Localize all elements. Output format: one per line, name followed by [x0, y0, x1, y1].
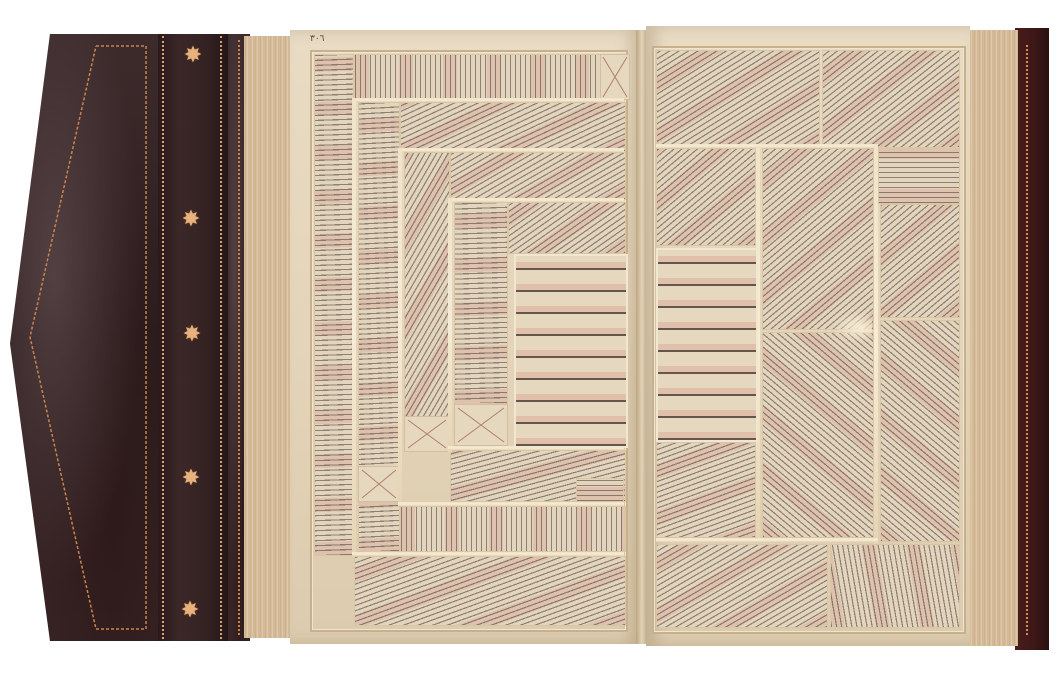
cross-ornament [454, 404, 508, 446]
text-panel-ring2-bottom [400, 506, 626, 552]
central-text-block [514, 254, 628, 448]
text-panel-bottom-left [656, 544, 828, 628]
gilt-rule [448, 198, 452, 452]
page-number: ٣٠٦ [310, 34, 325, 44]
text-panel-center-upper [762, 148, 874, 330]
gilt-rule [398, 502, 624, 506]
text-panel-top-left [656, 50, 820, 148]
cross-ornament [600, 54, 630, 100]
board-gold-rule [238, 40, 240, 635]
gilt-star-burst [832, 312, 872, 342]
spine-star-icon: ✸ [179, 209, 203, 231]
spine-gold-rule-left [162, 36, 164, 639]
text-panel-ring4-top [508, 202, 626, 254]
text-panel-left-lower [656, 442, 756, 538]
text-panel-ring3-left [404, 152, 450, 444]
central-text-block [656, 248, 758, 442]
text-panel-horizontal-block [878, 148, 960, 204]
text-panel-ring2-left [358, 102, 400, 484]
gilt-rule [352, 98, 356, 556]
text-panel-top [354, 54, 602, 100]
text-panel-small-box [576, 478, 624, 502]
text-panel-ring2-left-lower [358, 502, 400, 552]
text-panel-right-lower [880, 320, 960, 542]
gilt-rule [874, 144, 878, 544]
cross-ornament [404, 416, 450, 452]
binding-back-cover [1015, 28, 1049, 650]
text-panel-center-lower [762, 332, 874, 538]
spine-star-icon: ✸ [178, 600, 202, 622]
spine-gold-rule-right [220, 36, 222, 639]
text-panel-bottom [354, 556, 626, 626]
cross-ornament [358, 466, 400, 502]
text-panel-margin-left [314, 54, 354, 556]
text-block-edge-left [244, 36, 292, 638]
text-panel-right-upper [880, 204, 960, 318]
text-block-edge-right [968, 30, 1018, 646]
text-panel-left-upper [656, 148, 756, 246]
text-panel-ring2-top [400, 102, 626, 152]
flap-gold-border [18, 44, 150, 631]
text-panel-bottom-right [830, 544, 960, 628]
text-panel-ring4-left [454, 202, 508, 404]
spine-star-icon: ✸ [180, 324, 204, 346]
right-page [646, 26, 970, 646]
text-panel-ring3-top [450, 152, 626, 200]
left-page: ٣٠٦ [290, 30, 640, 644]
gilt-rule [352, 552, 624, 556]
spine-star-icon: ✸ [181, 45, 205, 67]
back-cover-gold-rule [1026, 45, 1028, 635]
gilt-rule [398, 148, 402, 504]
gilt-rule [656, 538, 878, 542]
text-panel-top-right [822, 50, 960, 148]
spine-star-icon: ✸ [179, 468, 203, 490]
